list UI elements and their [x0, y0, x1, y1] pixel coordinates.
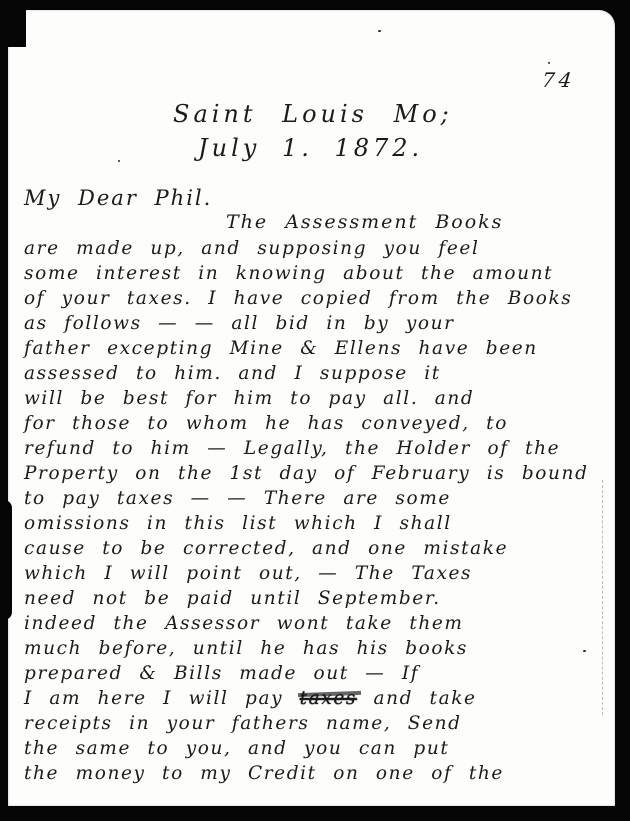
letter-line: father excepting Mine & Ellens have been [24, 336, 597, 361]
strike-line-pre: I am here I will pay [24, 688, 300, 709]
scanner-edge-bump [0, 500, 12, 620]
scan-edge-marks [602, 480, 603, 715]
letter-line: omissions in this list which I shall [24, 511, 597, 536]
scan-speck [378, 30, 381, 32]
letter-line: receipts in your fathers name, Send [24, 711, 597, 736]
letter-line: will be best for him to pay all. and [24, 386, 597, 411]
letter-line: need not be paid until September. [24, 586, 597, 611]
letter-line: prepared & Bills made out — If [24, 661, 597, 686]
letter-line: assessed to him. and I suppose it [24, 361, 597, 386]
letter-line: as follows — — all bid in by your [24, 311, 597, 336]
strike-line-post: and take [357, 688, 477, 709]
salutation: My Dear Phil. [24, 186, 212, 210]
letter-line: cause to be corrected, and one mistake [24, 536, 597, 561]
letter-line: the money to my Credit on one of the [24, 761, 597, 786]
letter-line: indeed the Assessor wont take them [24, 611, 597, 636]
letter-body: are made up, and supposing you feel some… [24, 236, 597, 786]
letter-line-with-strikeout: I am here I will pay taxes and take [24, 686, 597, 711]
scanner-notch [0, 0, 26, 47]
scan-speck [118, 160, 120, 162]
letter-line: to pay taxes — — There are some [24, 486, 597, 511]
letter-line: are made up, and supposing you feel [24, 236, 597, 261]
letter-line: for those to whom he has conveyed, to [24, 411, 597, 436]
scanned-letter: 74 Saint Louis Mo; July 1. 1872. My Dear… [0, 0, 630, 821]
letter-line: refund to him — Legally, the Holder of t… [24, 436, 597, 461]
letter-line: Property on the 1st day of February is b… [24, 461, 597, 486]
scan-speck [548, 62, 550, 64]
opening-line: The Assessment Books [226, 211, 503, 233]
letter-line: much before, until he has his books [24, 636, 597, 661]
page-number: 74 [541, 68, 577, 92]
struck-word: taxes [300, 688, 357, 709]
place-line: Saint Louis Mo; [173, 100, 453, 128]
date-line: July 1. 1872. [198, 134, 423, 162]
letter-line: the same to you, and you can put [24, 736, 597, 761]
letter-line: which I will point out, — The Taxes [24, 561, 597, 586]
letter-line: of your taxes. I have copied from the Bo… [24, 286, 597, 311]
letter-line: some interest in knowing about the amoun… [24, 261, 597, 286]
letter-paper: 74 Saint Louis Mo; July 1. 1872. My Dear… [8, 10, 615, 806]
scan-speck [583, 650, 586, 652]
